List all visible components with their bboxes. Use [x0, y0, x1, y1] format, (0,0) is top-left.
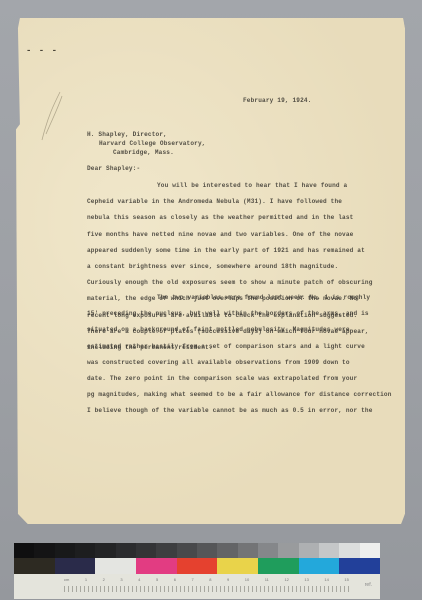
gray-patch: [136, 543, 156, 558]
recipient-institution: Harvard College Observatory,: [99, 140, 206, 147]
recipient-name: H. Shapley, Director,: [87, 131, 167, 138]
gray-patch: [34, 543, 54, 558]
letter-line: You will be interested to hear that I ha…: [157, 182, 347, 189]
letter-line: 15' preceding the nucleus, but well with…: [87, 310, 369, 317]
gray-patch: [360, 543, 380, 558]
margin-mark: - - -: [26, 46, 58, 56]
letter-line: pg magnitudes, making what seemed to be …: [87, 391, 392, 398]
color-patch: [95, 558, 136, 574]
measurement-ruler: cm123456789101112131415 ref.: [14, 574, 380, 599]
gray-patch: [95, 543, 115, 558]
gray-patch: [299, 543, 319, 558]
recipient-city: Cambridge, Mass.: [113, 149, 174, 156]
gray-patch: [197, 543, 217, 558]
gray-patch: [319, 543, 339, 558]
gray-patch: [217, 543, 237, 558]
pencil-annotation-icon: [38, 90, 68, 150]
color-patch: [14, 558, 55, 574]
salutation: Dear Shapley:-: [87, 165, 140, 172]
letter-line: was constructed covering all available o…: [87, 359, 350, 366]
letter-line: The two variables were found last week. …: [157, 294, 370, 301]
gray-patch: [55, 543, 75, 558]
grayscale-strip: [14, 543, 380, 558]
color-patch: [136, 558, 177, 574]
letter-line: Cepheid variable in the Andromeda Nebula…: [87, 198, 342, 205]
gray-patch: [238, 543, 258, 558]
color-patch: [339, 558, 380, 574]
letter-page: [16, 18, 405, 524]
color-patch: [177, 558, 218, 574]
letter-line: Curiously enough the old exposures seem …: [87, 279, 373, 286]
gray-patch: [14, 543, 34, 558]
color-patch: [299, 558, 340, 574]
letter-line: nebula this season as closely as the wea…: [87, 214, 353, 221]
color-calibration-target: cm123456789101112131415 ref.: [14, 543, 380, 599]
letter-line: a constant brightness ever since, somewh…: [87, 263, 338, 270]
color-patch: [217, 558, 258, 574]
gray-patch: [339, 543, 359, 558]
letter-line: date. The zero point in the comparison s…: [87, 375, 357, 382]
letter-line: situated on a background of faint mottle…: [87, 326, 350, 333]
color-strip: [14, 558, 380, 574]
letter-line: I believe though of the variable cannot …: [87, 407, 373, 414]
letter-line: estimated rather hastily from a set of c…: [87, 343, 365, 350]
gray-patch: [75, 543, 95, 558]
ruler-logo: ref.: [365, 582, 372, 588]
gray-patch: [116, 543, 136, 558]
gray-patch: [258, 543, 278, 558]
gray-patch: [156, 543, 176, 558]
gray-patch: [177, 543, 197, 558]
letter-date: February 19, 1924.: [243, 97, 312, 104]
ruler-ticks: [64, 586, 349, 592]
color-patch: [258, 558, 299, 574]
color-patch: [55, 558, 96, 574]
gray-patch: [278, 543, 298, 558]
letter-line: appeared suddenly some time in the early…: [87, 247, 365, 254]
letter-line: five months have netted nine novae and t…: [87, 231, 353, 238]
